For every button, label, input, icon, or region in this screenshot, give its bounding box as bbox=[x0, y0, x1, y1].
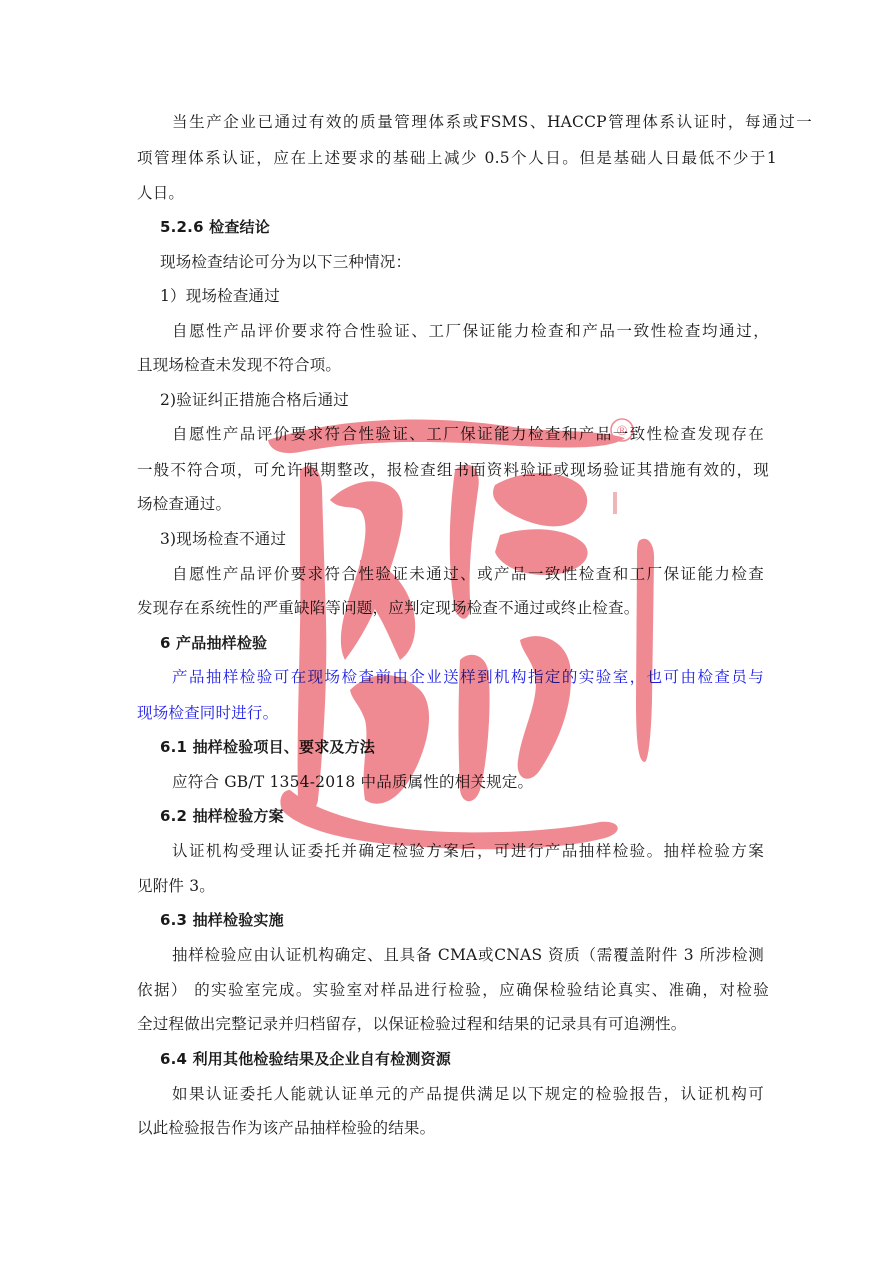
paragraph-line: 认证机构受理认证委托并确定检验方案后，可进行产品抽样检验。抽样检验方案 bbox=[172, 841, 764, 861]
paragraph-line: 一般不符合项，可允许限期整改，报检查组书面资料验证或现场验证其措施有效的，现 bbox=[137, 460, 769, 480]
paragraph-line: 见附件 3。 bbox=[137, 876, 777, 896]
paragraph-line: 全过程做出完整记录并归档留存，以保证检验过程和结果的记录具有可追溯性。 bbox=[137, 1014, 777, 1034]
paragraph-line: 项管理体系认证，应在上述要求的基础上减少 0.5个人日。但是基础人日最低不少于1 bbox=[137, 148, 777, 168]
paragraph-line: 应符合 GB/T 1354-2018 中品质属性的相关规定。 bbox=[172, 772, 812, 792]
paragraph-line: 抽样检验应由认证机构确定、且具备 CMA或CNAS 资质（需覆盖附件 3 所涉检… bbox=[172, 945, 764, 965]
list-item-title: 2)验证纠正措施合格后通过 bbox=[160, 390, 800, 410]
paragraph-line-highlighted: 产品抽样检验可在现场检查前由企业送样到机构指定的实验室，也可由检查员与 bbox=[172, 667, 764, 687]
paragraph-line: 自愿性产品评价要求符合性验证、工厂保证能力检查和产品一致性检查均通过， bbox=[172, 321, 769, 341]
list-item-title: 3)现场检查不通过 bbox=[160, 529, 800, 549]
paragraph-line-highlighted: 现场检查同时进行。 bbox=[137, 703, 777, 723]
section-heading-6-2: 6.2 抽样检验方案 bbox=[160, 806, 800, 826]
section-heading-5-2-6: 5.2.6 检查结论 bbox=[160, 217, 800, 237]
paragraph-line: 人日。 bbox=[137, 183, 777, 203]
document-page: 当生产企业已通过有效的质量管理体系或FSMS、HACCP管理体系认证时，每通过一… bbox=[0, 0, 893, 1263]
paragraph-line: 发现存在系统性的严重缺陷等问题，应判定现场检查不通过或终止检查。 bbox=[137, 598, 777, 618]
paragraph-line: 自愿性产品评价要求符合性验证未通过、或产品一致性检查和工厂保证能力检查 bbox=[172, 564, 764, 584]
paragraph-line: 场检查通过。 bbox=[137, 494, 777, 514]
section-heading-6-4: 6.4 利用其他检验结果及企业自有检测资源 bbox=[160, 1049, 800, 1069]
paragraph-line: 自愿性产品评价要求符合性验证、工厂保证能力检查和产品一致性检查发现存在 bbox=[172, 424, 764, 444]
section-heading-6: 6 产品抽样检验 bbox=[160, 633, 800, 653]
paragraph-line: 以此检验报告作为该产品抽样检验的结果。 bbox=[137, 1118, 777, 1138]
paragraph-line: 且现场检查未发现不符合项。 bbox=[137, 355, 777, 375]
paragraph-line: 依据） 的实验室完成。实验室对样品进行检验，应确保检验结论真实、准确，对检验 bbox=[137, 980, 769, 1000]
paragraph-line: 如果认证委托人能就认证单元的产品提供满足以下规定的检验报告，认证机构可 bbox=[172, 1084, 764, 1104]
paragraph-line: 现场检查结论可分为以下三种情况： bbox=[160, 252, 800, 272]
list-item-title: 1）现场检查通过 bbox=[160, 286, 800, 306]
section-heading-6-3: 6.3 抽样检验实施 bbox=[160, 910, 800, 930]
section-heading-6-1: 6.1 抽样检验项目、要求及方法 bbox=[160, 737, 800, 757]
paragraph-line: 当生产企业已通过有效的质量管理体系或FSMS、HACCP管理体系认证时，每通过一 bbox=[172, 112, 812, 132]
